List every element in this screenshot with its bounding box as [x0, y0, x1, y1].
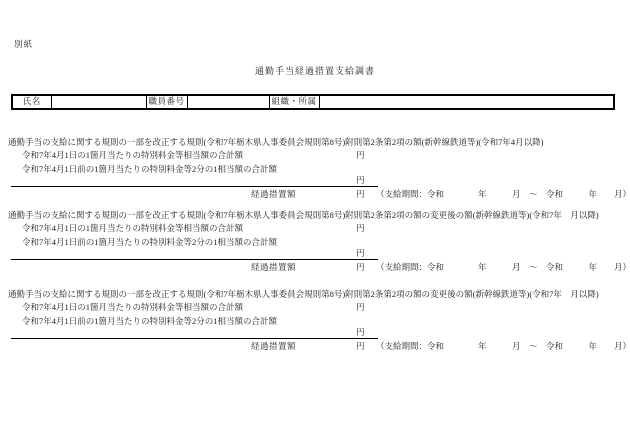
yen-label: 円 [356, 224, 365, 234]
document-page: 別紙 通勤手当経過措置支給調書 氏名 職員番号 組織・所属 通勤手当の支給に関す… [0, 0, 630, 439]
yen-label: 円 [356, 263, 365, 273]
section-initial-amount: 通勤手当の支給に関する規則の一部を改正する規則(令和7年栃木県人事委員会規則第8… [0, 138, 630, 200]
organization-label: 組織・所属 [269, 95, 319, 109]
section-heading: 通勤手当の支給に関する規則の一部を改正する規則(令和7年栃木県人事委員会規則第8… [8, 211, 599, 221]
total-separator-line [11, 338, 378, 339]
transitional-amount-label: 経過措置額 [251, 190, 296, 200]
yen-label: 円 [356, 303, 365, 313]
attachment-label: 別紙 [14, 40, 33, 50]
yen-label: 円 [356, 190, 365, 200]
line2-label: 令和7年4月1日前の1箇月当たりの特別料金等2分の1相当額の合計額 [22, 317, 277, 327]
line1-label: 令和7年4月1日の1箇月当たりの特別料金等相当額の合計額 [22, 151, 243, 161]
line2-label: 令和7年4月1日前の1箇月当たりの特別料金等2分の1相当額の合計額 [22, 165, 277, 175]
section-heading: 通勤手当の支給に関する規則の一部を改正する規則(令和7年栃木県人事委員会規則第8… [8, 138, 544, 148]
section-revised-amount-1: 通勤手当の支給に関する規則の一部を改正する規則(令和7年栃木県人事委員会規則第8… [0, 211, 630, 273]
name-label: 氏名 [12, 95, 51, 109]
header-info-row: 氏名 職員番号 組織・所属 [12, 95, 614, 109]
employee-no-label: 職員番号 [146, 95, 187, 109]
transitional-amount-label: 経過措置額 [251, 263, 296, 273]
line1-label: 令和7年4月1日の1箇月当たりの特別料金等相当額の合計額 [22, 303, 243, 313]
total-separator-line [11, 259, 378, 260]
total-separator-line [11, 186, 378, 187]
organization-value-cell [319, 95, 614, 109]
page-title: 通勤手当経過措置支給調書 [0, 66, 630, 76]
yen-label: 円 [356, 328, 365, 338]
line1-label: 令和7年4月1日の1箇月当たりの特別料金等相当額の合計額 [22, 224, 243, 234]
name-value-cell [51, 95, 146, 109]
header-info-table: 氏名 職員番号 組織・所属 [11, 94, 615, 110]
payment-period-label: （支給期間：令和 年 月 〜 令和 年 月） [376, 263, 630, 273]
section-heading: 通勤手当の支給に関する規則の一部を改正する規則(令和7年栃木県人事委員会規則第8… [8, 290, 599, 300]
yen-label: 円 [356, 249, 365, 259]
section-revised-amount-2: 通勤手当の支給に関する規則の一部を改正する規則(令和7年栃木県人事委員会規則第8… [0, 290, 630, 352]
line2-label: 令和7年4月1日前の1箇月当たりの特別料金等2分の1相当額の合計額 [22, 238, 277, 248]
payment-period-label: （支給期間：令和 年 月 〜 令和 年 月） [376, 342, 630, 352]
payment-period-label: （支給期間：令和 年 月 〜 令和 年 月） [376, 190, 630, 200]
yen-label: 円 [356, 342, 365, 352]
yen-label: 円 [356, 176, 365, 186]
transitional-amount-label: 経過措置額 [251, 342, 296, 352]
yen-label: 円 [356, 151, 365, 161]
employee-no-value-cell [187, 95, 269, 109]
